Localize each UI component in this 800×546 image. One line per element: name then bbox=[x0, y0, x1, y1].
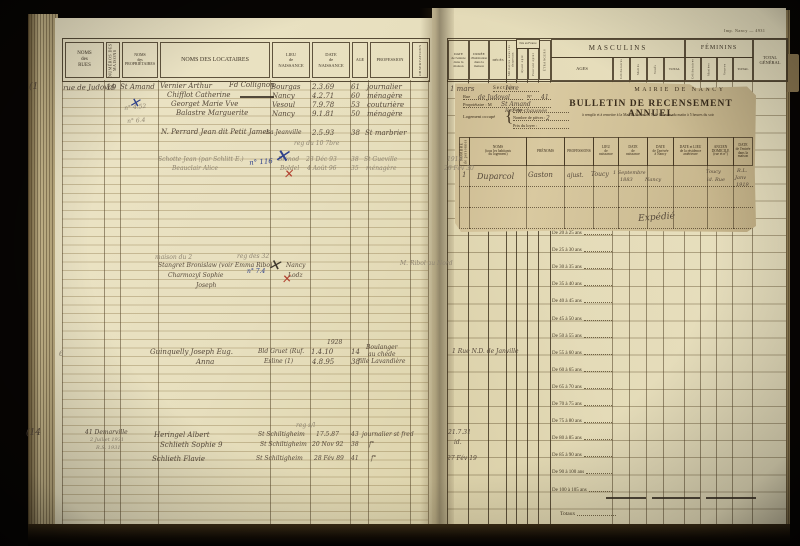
handwriting-entry: 4 Août 96 bbox=[307, 166, 337, 172]
handwriting-entry: 1ère bbox=[505, 86, 519, 92]
handwriting-entry: Janv bbox=[735, 176, 746, 181]
handwriting-entry: 28 Fév 89 bbox=[314, 456, 344, 462]
col-ayant-opte: Ayant opté bbox=[517, 48, 528, 80]
bulletin-row-cell bbox=[733, 186, 753, 208]
ink-line-mark bbox=[240, 96, 274, 98]
age-row: De 20 à 25 ans bbox=[552, 231, 612, 236]
handwriting-entry: (14 bbox=[26, 429, 41, 438]
handwriting-entry: 2 bbox=[546, 116, 550, 122]
ink-x-mark: ✕ bbox=[273, 147, 290, 166]
grid-line bbox=[104, 80, 105, 526]
col-f-total: TOTAL bbox=[733, 57, 753, 81]
handwriting-entry: 14 bbox=[351, 349, 360, 356]
handwriting-entry: St Schiltigheim bbox=[260, 442, 307, 448]
book-bottom-shadow bbox=[28, 524, 790, 546]
totals-label: Totaux bbox=[560, 511, 575, 517]
handwriting-entry: 43 bbox=[351, 432, 359, 438]
ink-x-mark: ✕ bbox=[282, 168, 293, 181]
handwriting-entry: 1 mars bbox=[450, 86, 474, 93]
handwriting-entry: ménagère bbox=[367, 111, 403, 118]
register-photo: NOMS des RUES NUMÉROS DES MAISONS NOMS d… bbox=[0, 0, 800, 546]
handwriting-entry: St Amand bbox=[120, 84, 155, 91]
totals-row: Totaux bbox=[560, 511, 616, 517]
handwriting-entry: Guinquelly Joseph Eug. bbox=[150, 349, 233, 356]
age-row: De 30 à 35 ans bbox=[552, 265, 612, 270]
handwriting-entry: Esline (1) bbox=[264, 359, 293, 365]
age-row-label: De 30 à 35 ans bbox=[552, 265, 582, 270]
handwriting-entry: ajust. bbox=[567, 173, 584, 179]
handwriting-entry: Schlieth Sophie 9 bbox=[160, 442, 222, 449]
handwriting-entry: Fd Collignon bbox=[229, 82, 275, 89]
bulletin-col-header: DATE de l'entrée dans la maison bbox=[733, 137, 753, 166]
age-row: De 60 à 65 ans bbox=[552, 368, 612, 373]
handwriting-entry: n° 6.4 bbox=[127, 118, 146, 125]
handwriting-entry: 6 bbox=[59, 351, 63, 358]
handwriting-entry: Charmozyl Sophie bbox=[168, 273, 223, 279]
handwriting-entry: reg des 32 bbox=[237, 254, 269, 260]
col-noms-locataires: NOMS DES LOCATAIRES bbox=[160, 42, 270, 78]
handwriting-entry: Toucy bbox=[706, 170, 721, 175]
handwriting-entry: 1919 bbox=[736, 183, 749, 188]
handwriting-entry: reg du 10 7bre bbox=[294, 141, 339, 147]
col-m-veufs: Veufs bbox=[647, 57, 664, 81]
bulletin-row-cell bbox=[469, 186, 527, 208]
handwriting-entry: journalier bbox=[367, 84, 402, 91]
handwriting-entry: fille Lavandière bbox=[358, 359, 405, 365]
handwriting-entry: 41 Demarville bbox=[85, 430, 128, 436]
age-row-label: De 45 à 50 ans bbox=[552, 317, 582, 322]
handwriting-entry: Joseph bbox=[196, 283, 216, 289]
handwriting-entry: 53 bbox=[351, 102, 360, 109]
age-row: De 90 à 100 ans bbox=[552, 470, 612, 475]
handwriting-entry: Beauclair Alice bbox=[172, 166, 218, 172]
bulletin-row-cell bbox=[647, 186, 674, 208]
col-age: AGE bbox=[352, 42, 368, 78]
col-m-maries: Mariés bbox=[630, 57, 647, 81]
handwriting-entry: 9.1.81 bbox=[312, 111, 334, 118]
handwriting-entry: maison du 2 bbox=[155, 255, 192, 261]
age-row: De 75 à 80 ans bbox=[552, 419, 612, 424]
handwriting-entry: Georget Marie Vve bbox=[171, 101, 238, 108]
handwriting-entry: St Schiltigheim bbox=[258, 432, 305, 438]
handwriting-entry: Nancy bbox=[272, 93, 295, 100]
bulletin-row-cell bbox=[707, 207, 734, 229]
ink-line-mark bbox=[606, 497, 646, 499]
handwriting-entry: St Gueville bbox=[364, 157, 397, 163]
ink-line-mark bbox=[652, 497, 700, 499]
ink-x-mark: ✕ bbox=[128, 96, 141, 110]
age-row: De 25 à 30 ans bbox=[552, 248, 612, 253]
col-m-total: TOTAL bbox=[664, 57, 685, 81]
bulletin-col-header: DATE et LIEU de la résidence antérieure bbox=[673, 137, 708, 166]
age-row-label: De 65 à 70 ans bbox=[552, 385, 582, 390]
handwriting-entry: 41 bbox=[541, 95, 549, 101]
handwriting-entry: Nancy bbox=[286, 263, 305, 269]
handwriting-entry: 23 Déc 93 bbox=[306, 157, 337, 163]
handwriting-entry: R.S. 1931 bbox=[96, 446, 121, 451]
grid-line bbox=[368, 80, 369, 526]
handwriting-entry: Schotte Jean (par Schlitt E.) bbox=[158, 157, 244, 163]
bulletin-row-cell bbox=[526, 207, 565, 229]
handwriting-entry: 38 bbox=[351, 130, 360, 137]
bulletin-col-header: PRÉNOMS bbox=[526, 137, 565, 166]
handwriting-entry: 7.9.78 bbox=[312, 102, 334, 109]
bulletin-field-logement: Logement occupé bbox=[463, 114, 505, 119]
handwriting-entry: Nancy bbox=[272, 111, 295, 118]
bulletin-row-cell bbox=[618, 165, 648, 187]
age-row-label: De 85 à 90 ans bbox=[552, 453, 582, 458]
col-f-celibataires: Célibataires bbox=[685, 57, 701, 81]
col-pouvant-opter: Pouvant opter bbox=[528, 48, 539, 80]
group-masculins: MASCULINS bbox=[551, 39, 685, 58]
bulletin-row-cell bbox=[469, 207, 527, 229]
age-row-label: De 100 à 105 ans bbox=[552, 488, 587, 493]
printer-imprint: Imp. Nancy — 4931 bbox=[724, 28, 765, 33]
group-feminins: FÉMININS bbox=[685, 39, 753, 58]
col-f-mariees: Mariées bbox=[701, 57, 717, 81]
bulletin-row-cell bbox=[618, 186, 648, 208]
age-row: De 80 à 85 ans bbox=[552, 436, 612, 441]
bulletin-row-cell bbox=[733, 207, 753, 229]
bulletin-row-cell bbox=[564, 186, 594, 208]
age-row-label: De 25 à 30 ans bbox=[552, 248, 582, 253]
handwriting-entry: Bld Gruet (Ruf. bbox=[258, 349, 304, 355]
handwriting-entry: Stangret Bronislaw (voir Emma Ribo) bbox=[158, 263, 272, 269]
handwriting-entry: Rez-de-chaussée bbox=[505, 109, 547, 114]
handwriting-entry: Chifflot Catherine bbox=[167, 92, 231, 99]
grid-line bbox=[120, 80, 121, 526]
bulletin-subtitle: à remplir et à remettre à la Mairie, bur… bbox=[541, 113, 755, 117]
col-m-celibataires: Célibataires bbox=[613, 57, 630, 81]
handwriting-entry: f° bbox=[371, 456, 376, 462]
handwriting-entry: 2.5.93 bbox=[312, 130, 334, 137]
age-row: De 65 à 70 ans bbox=[552, 385, 612, 390]
handwriting-entry: Nancy bbox=[645, 178, 661, 183]
handwriting-entry: 1928 bbox=[327, 340, 342, 346]
col-f-veuves: Veuves bbox=[717, 57, 733, 81]
handwriting-entry: 26 Fév 30 bbox=[444, 166, 474, 172]
age-row: De 55 à 60 ans bbox=[552, 351, 612, 356]
bulletin-col-header: NOMS (tous les habitants du logement) bbox=[469, 137, 527, 166]
age-row: De 35 à 40 ans bbox=[552, 282, 612, 287]
age-row: De 70 à 75 ans bbox=[552, 402, 612, 407]
handwriting-entry: Toucy bbox=[591, 172, 609, 178]
handwriting-entry: 4.8.95 bbox=[312, 359, 334, 366]
age-row: De 85 à 90 ans bbox=[552, 453, 612, 458]
bulletin-col-header: ANCIEN DOMICILE (rue et n°) bbox=[707, 137, 734, 166]
bulletin-field-pieces: Nombre de pièces : bbox=[513, 115, 569, 121]
bulletin-row-cell bbox=[673, 207, 708, 229]
handwriting-entry: Anna bbox=[196, 359, 214, 366]
bulletin-row-cell bbox=[564, 207, 594, 229]
handwriting-entry: M. Ribol au Nord bbox=[400, 261, 453, 267]
handwriting-entry: 1883 bbox=[620, 178, 633, 183]
bulletin-field-loyer: Prix du loyer : bbox=[513, 123, 569, 129]
bulletin-col-header: DATE de l'arrivée à Nancy bbox=[647, 137, 674, 166]
age-row: De 45 à 50 ans bbox=[552, 317, 612, 322]
handwriting-entry: reg s/l bbox=[296, 423, 315, 429]
bulletin-row-cell bbox=[526, 186, 565, 208]
col-lieu-naissance: LIEU de NAISSANCE bbox=[272, 42, 310, 78]
bulletin-col-header: DATE de naissance bbox=[618, 137, 648, 166]
age-row-label: De 40 à 45 ans bbox=[552, 299, 582, 304]
handwriting-entry: 20 Nov 92 bbox=[312, 442, 343, 448]
handwriting-entry: 4.2.71 bbox=[312, 93, 334, 100]
handwriting-entry: 19 bbox=[106, 84, 116, 92]
bulletin-row-cell bbox=[673, 165, 708, 187]
col-profession: PROFESSION bbox=[370, 42, 410, 78]
handwriting-entry: journalier st fred bbox=[362, 432, 414, 438]
handwriting-entry: Schlieth Flavie bbox=[152, 456, 205, 463]
handwriting-entry: id. Rue bbox=[707, 178, 725, 183]
age-row-label: De 75 à 80 ans bbox=[552, 419, 582, 424]
bulletin-row-cell bbox=[707, 186, 734, 208]
handwriting-entry: R.L. bbox=[737, 169, 747, 174]
ink-x-mark: ✕ bbox=[267, 257, 282, 274]
handwriting-entry: 1.4.10 bbox=[311, 349, 333, 356]
age-row-label: De 35 à 40 ans bbox=[552, 282, 582, 287]
handwriting-entry: 61 bbox=[351, 84, 360, 91]
handwriting-entry: 41 bbox=[351, 456, 359, 462]
handwriting-entry: La Jeanville bbox=[266, 130, 302, 136]
age-row: De 100 à 105 ans bbox=[552, 488, 612, 493]
col-ages: AGES bbox=[551, 57, 613, 81]
age-row: De 40 à 45 ans bbox=[552, 299, 612, 304]
handwriting-entry: Bourgas bbox=[271, 84, 300, 91]
handwriting-entry: Vesoul bbox=[272, 102, 295, 109]
handwriting-entry: 1 bbox=[462, 172, 466, 179]
bulletin-row-cell bbox=[673, 186, 708, 208]
handwriting-entry: 38 bbox=[351, 157, 359, 163]
bulletin-col-header: PROFESSIONS bbox=[564, 137, 594, 166]
handwriting-entry: 35 bbox=[351, 166, 359, 172]
col-numeros-maisons: NUMÉROS DES MAISONS bbox=[106, 42, 120, 78]
grid-line bbox=[62, 80, 63, 526]
handwriting-entry: 60 bbox=[351, 93, 360, 100]
age-row-label: De 90 à 100 ans bbox=[552, 470, 584, 475]
handwriting-entry: id. bbox=[454, 440, 462, 446]
handwriting-entry: ménagère bbox=[367, 93, 403, 100]
col-date-naissance: DATE de NAISSANCE bbox=[312, 42, 350, 78]
handwriting-entry: f° bbox=[369, 442, 374, 448]
col-noms-proprietaires: NOMS des PROPRIÉTAIRES bbox=[122, 42, 158, 78]
handwriting-entry: 38 bbox=[351, 442, 359, 448]
grid-line bbox=[410, 80, 411, 526]
age-row-label: De 55 à 60 ans bbox=[552, 351, 582, 356]
col-etrangers: ÉTRANGERS bbox=[539, 40, 551, 80]
col-duree-habitation: DURÉE d'habitation dans la maison bbox=[469, 40, 489, 80]
handwriting-entry: St marbrier bbox=[365, 130, 407, 137]
handwriting-entry: 1919 bbox=[447, 157, 462, 163]
handwriting-entry: St Schiltigheim bbox=[256, 456, 303, 462]
ink-x-mark: ✕ bbox=[280, 272, 292, 285]
handwriting-entry: Vernier Arthur bbox=[160, 83, 212, 90]
age-row: De 50 à 55 ans bbox=[552, 334, 612, 339]
bulletin-row-cell bbox=[593, 207, 619, 229]
bulletin-row-cell bbox=[593, 186, 619, 208]
handwriting-entry: N. Perrard Jean dit Petit James bbox=[161, 129, 270, 136]
bulletin-col-header: LIEU de naissance bbox=[593, 137, 619, 166]
bulletin-mairie: MAIRIE DE NANCY bbox=[605, 87, 755, 93]
handwriting-entry: 2 Juillet 1931 bbox=[90, 438, 124, 443]
grid-line bbox=[786, 80, 787, 526]
handwriting-entry: Balastre Marguerite bbox=[176, 110, 248, 117]
age-row-label: De 80 à 85 ans bbox=[552, 436, 582, 441]
col-total-general: TOTAL GÉNÉRAL bbox=[753, 39, 787, 81]
handwriting-entry: 2.3.69 bbox=[312, 84, 334, 91]
handwriting-entry: Duparcol bbox=[477, 173, 514, 181]
col-deces: DÉCÈS bbox=[489, 40, 507, 80]
handwriting-entry: 27 Fév 19 bbox=[447, 456, 477, 462]
handwriting-entry: 17.5.87 bbox=[316, 432, 339, 438]
age-row-label: De 70 à 75 ans bbox=[552, 402, 582, 407]
age-row-label: De 60 à 65 ans bbox=[552, 368, 582, 373]
bulletin-row-cell bbox=[647, 165, 674, 187]
handwriting-entry: couturière bbox=[367, 102, 404, 109]
handwriting-entry: Heringel Albert bbox=[154, 432, 210, 439]
handwriting-entry: 21.7.31 bbox=[448, 430, 471, 436]
handwriting-entry: Gaston bbox=[528, 172, 553, 179]
handwriting-entry: ménagère bbox=[366, 166, 397, 172]
handwriting-entry: 50 bbox=[351, 111, 360, 118]
handwriting-entry: n° 7.4 bbox=[247, 269, 265, 275]
handwriting-entry: 1 Septembre bbox=[613, 171, 646, 176]
age-row-label: De 20 à 25 ans bbox=[552, 231, 582, 236]
age-row-label: De 50 à 55 ans bbox=[552, 334, 582, 339]
handwriting-entry: 1 Rue N.D. de Janville bbox=[452, 349, 519, 355]
col-noms-rues: NOMS des RUES bbox=[65, 42, 104, 78]
ink-line-mark bbox=[706, 497, 756, 499]
handwriting-entry: (1 bbox=[29, 83, 38, 92]
book-gutter bbox=[420, 8, 454, 530]
